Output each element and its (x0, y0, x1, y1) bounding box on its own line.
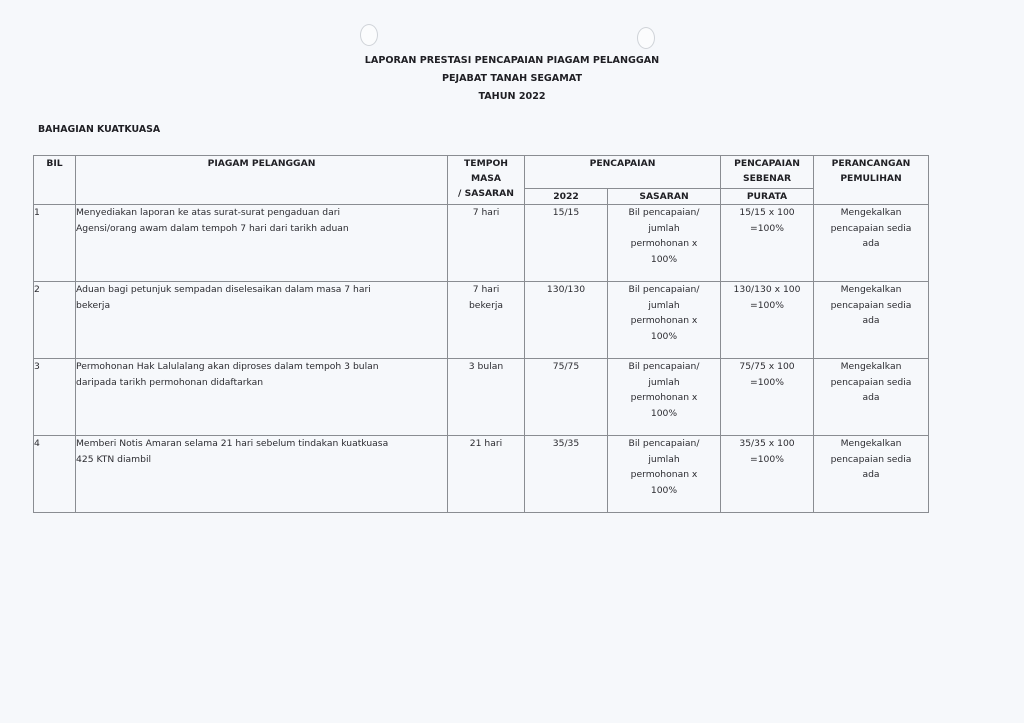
table-row: 2Aduan bagi petunjuk sempadan diselesaik… (34, 282, 929, 359)
cell-bil: 2 (34, 282, 76, 359)
header-bil: BIL (34, 156, 76, 205)
cell-tempoh: 21 hari (448, 436, 525, 513)
header-2022: 2022 (525, 189, 608, 205)
cell-bil: 4 (34, 436, 76, 513)
punch-hole-left (360, 24, 378, 46)
cell-perancangan: Mengekalkanpencapaian sediaada (814, 436, 929, 513)
cell-sasaran: Bil pencapaian/jumlahpermohonan x100% (608, 359, 721, 436)
table-row: 4Memberi Notis Amaran selama 21 hari seb… (34, 436, 929, 513)
table-row: 3Permohonan Hak Lalulalang akan diproses… (34, 359, 929, 436)
cell-sasaran: Bil pencapaian/jumlahpermohonan x100% (608, 205, 721, 282)
title-line-3: TAHUN 2022 (0, 88, 1024, 106)
cell-perancangan: Mengekalkanpencapaian sediaada (814, 359, 929, 436)
cell-purata: 130/130 x 100=100% (721, 282, 814, 359)
cell-purata: 35/35 x 100=100% (721, 436, 814, 513)
punch-hole-right (637, 27, 655, 49)
header-sasaran: SASARAN (608, 189, 721, 205)
header-piagam: PIAGAM PELANGGAN (76, 156, 448, 205)
header-perancangan: PERANCANGAN PEMULIHAN (814, 156, 929, 205)
cell-tempoh: 7 hari (448, 205, 525, 282)
header-pencapaian: PENCAPAIAN (525, 156, 721, 189)
cell-tempoh: 3 bulan (448, 359, 525, 436)
cell-piagam: Memberi Notis Amaran selama 21 hari sebe… (76, 436, 448, 513)
achievement-table: BIL PIAGAM PELANGGAN TEMPOH MASA / SASAR… (33, 155, 929, 513)
cell-perancangan: Mengekalkanpencapaian sediaada (814, 282, 929, 359)
cell-tempoh: 7 haribekerja (448, 282, 525, 359)
header-tempoh: TEMPOH MASA / SASARAN (448, 156, 525, 205)
table-row: 1Menyediakan laporan ke atas surat-surat… (34, 205, 929, 282)
cell-piagam: Menyediakan laporan ke atas surat-surat … (76, 205, 448, 282)
report-title: LAPORAN PRESTASI PENCAPAIAN PIAGAM PELAN… (0, 52, 1024, 106)
title-line-2: PEJABAT TANAH SEGAMAT (0, 70, 1024, 88)
cell-piagam: Permohonan Hak Lalulalang akan diproses … (76, 359, 448, 436)
cell-pencapaian-2022: 130/130 (525, 282, 608, 359)
cell-piagam: Aduan bagi petunjuk sempadan diselesaika… (76, 282, 448, 359)
title-line-1: LAPORAN PRESTASI PENCAPAIAN PIAGAM PELAN… (0, 52, 1024, 70)
cell-perancangan: Mengekalkanpencapaian sediaada (814, 205, 929, 282)
cell-purata: 75/75 x 100=100% (721, 359, 814, 436)
cell-pencapaian-2022: 15/15 (525, 205, 608, 282)
cell-bil: 1 (34, 205, 76, 282)
cell-sasaran: Bil pencapaian/jumlahpermohonan x100% (608, 282, 721, 359)
cell-sasaran: Bil pencapaian/jumlahpermohonan x100% (608, 436, 721, 513)
cell-pencapaian-2022: 35/35 (525, 436, 608, 513)
section-heading: BAHAGIAN KUATKUASA (38, 124, 160, 135)
cell-pencapaian-2022: 75/75 (525, 359, 608, 436)
cell-purata: 15/15 x 100=100% (721, 205, 814, 282)
header-purata: PURATA (721, 189, 814, 205)
header-pencapaian-sebenar: PENCAPAIAN SEBENAR (721, 156, 814, 189)
cell-bil: 3 (34, 359, 76, 436)
